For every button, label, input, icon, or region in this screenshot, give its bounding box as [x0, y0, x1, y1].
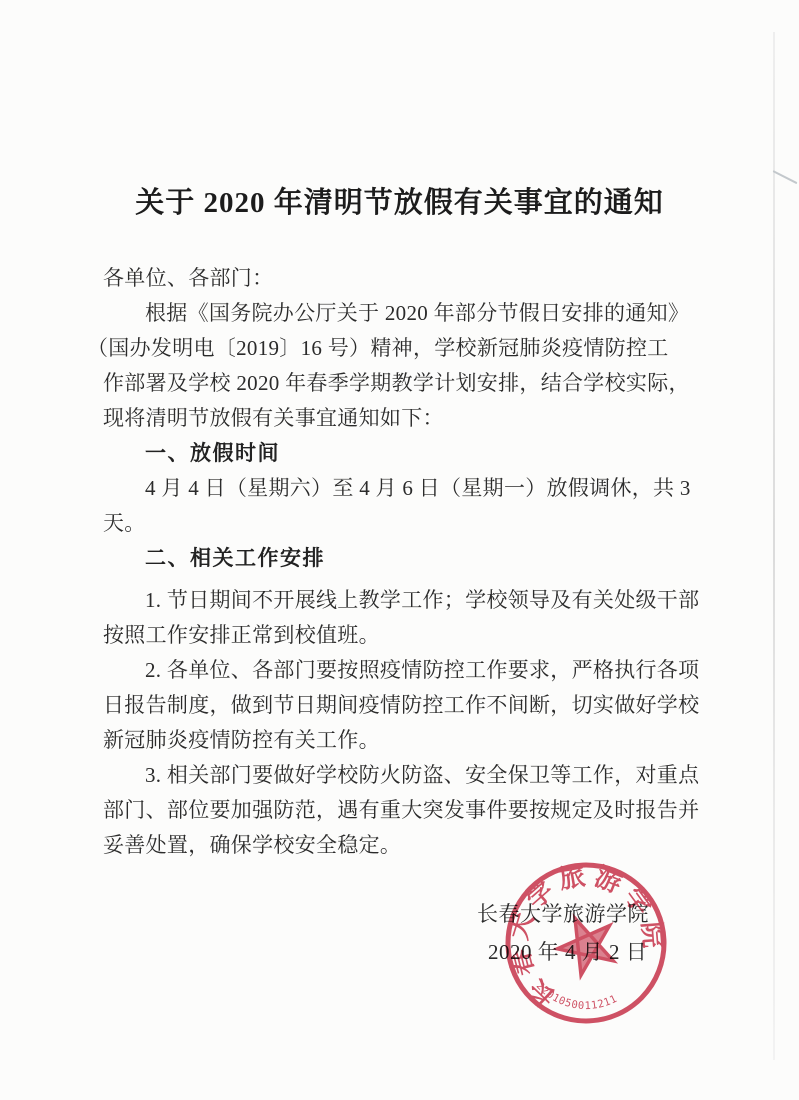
official-seal-stamp: 长春大学旅游学院 2201050011211 — [501, 858, 671, 1028]
body-line: （国办发明电〔2019〕16 号）精神，学校新冠肺炎疫情防控工 — [87, 331, 699, 366]
notice-body: 各单位、各部门： 根据《国务院办公厅关于 2020 年部分节假日安排的通知》 （… — [103, 261, 699, 863]
body-line: 新冠肺炎疫情防控有关工作。 — [103, 723, 699, 758]
salutation: 各单位、各部门： — [103, 261, 699, 296]
body-line: 2. 各单位、各部门要按照疫情防控工作要求，严格执行各项 — [103, 653, 699, 688]
body-line: 日报告制度，做到节日期间疫情防控工作不间断，切实做好学校 — [103, 688, 699, 723]
body-line: 4 月 4 日（星期六）至 4 月 6 日（星期一）放假调休，共 3 — [103, 471, 699, 506]
section-heading-1: 一、放假时间 — [103, 436, 699, 471]
section-heading-2: 二、相关工作安排 — [103, 541, 699, 576]
scan-artifact-edge-line — [773, 32, 775, 1060]
body-line: 1. 节日期间不开展线上教学工作；学校领导及有关处级干部 — [103, 583, 699, 618]
body-line: 部门、部位要加强防范，遇有重大突发事件要按规定及时报告并 — [103, 793, 699, 828]
body-line: 现将清明节放假有关事宜通知如下： — [103, 401, 699, 436]
star-icon — [549, 907, 623, 980]
body-line: 按照工作安排正常到校值班。 — [103, 618, 699, 653]
body-line: 根据《国务院办公厅关于 2020 年部分节假日安排的通知》 — [103, 296, 699, 331]
body-line: 3. 相关部门要做好学校防火防盗、安全保卫等工作，对重点 — [103, 758, 699, 793]
scanned-notice-page: 关于 2020 年清明节放假有关事宜的通知 各单位、各部门： 根据《国务院办公厅… — [0, 0, 799, 1100]
body-line: 天。 — [103, 506, 699, 541]
notice-title: 关于 2020 年清明节放假有关事宜的通知 — [0, 180, 799, 221]
body-line: 作部署及学校 2020 年春季学期教学计划安排，结合学校实际， — [103, 366, 699, 401]
